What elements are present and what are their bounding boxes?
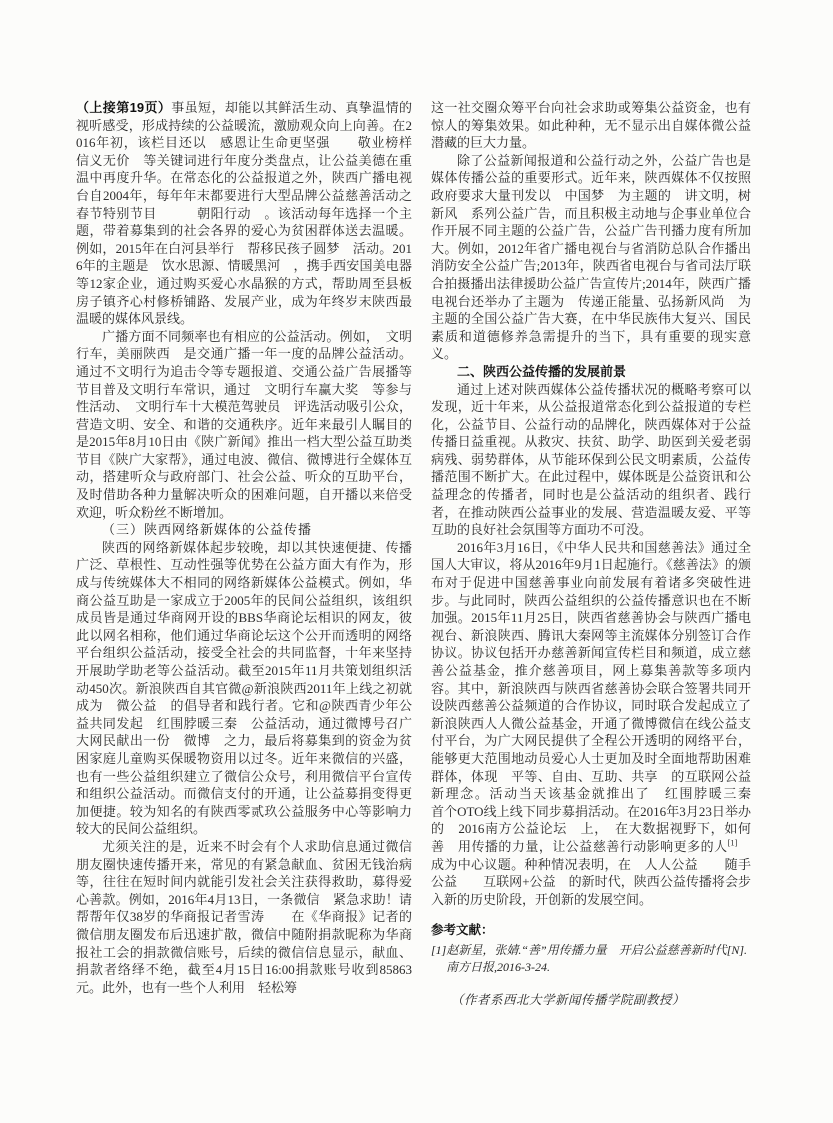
paragraph: 尤须关注的是，近来不时会有个人求助信息通过微信朋友圈快速传播开来，常见的有紧急献… (76, 838, 412, 996)
text-run: 除了公益新闻报道和公益行动之外，公益广告也是媒体传播公益的重要形式。近年来，陕西… (431, 153, 751, 362)
paragraph: 通过上述对陕西媒体公益传播状况的概略考察可以发现，近十年来，从公益报道常态化到公… (431, 381, 751, 539)
text-run: 二、陕西公益传播的发展前景 (457, 364, 626, 379)
text-run: 2016年3月16日，《中华人民共和国慈善法》通过全国人大审议，将从2016年9… (431, 540, 777, 854)
text-run: （作者系西北大学新闻传播学院副教授） (451, 993, 685, 1007)
text-run: 这一社交圈众筹平台向社会求助或筹集公益资金，也有惊人的筹集效果。如此种种，无不显… (431, 100, 751, 150)
paragraph-continued: 这一社交圈众筹平台向社会求助或筹集公益资金，也有惊人的筹集效果。如此种种，无不显… (431, 99, 751, 152)
paragraph: 广播方面不同频率也有相应的公益活动。例如， 文明行车，美丽陕西 是交通广播一年一… (76, 328, 412, 522)
text-run: 通过上述对陕西媒体公益传播状况的概略考察可以发现，近十年来，从公益报道常态化到公… (431, 382, 751, 538)
two-column-text-block: （上接第19页）事虽短，却能以其鲜活生动、真挚温情的视听感受，形成持续的公益暖流… (76, 99, 751, 1010)
magazine-article-page: （上接第19页）事虽短，却能以其鲜活生动、真挚温情的视听感受，形成持续的公益暖流… (0, 0, 833, 1123)
references-heading: 参考文献： (431, 922, 751, 939)
text-run: 广播方面不同频率也有相应的公益活动。例如， 文明行车，美丽陕西 是交通广播一年一… (76, 329, 412, 520)
left-text-column: （上接第19页）事虽短，却能以其鲜活生动、真挚温情的视听感受，形成持续的公益暖流… (76, 99, 412, 1010)
citation-superscript: [1] (728, 838, 738, 848)
author-note: （作者系西北大学新闻传播学院副教授） (451, 992, 751, 1010)
text-run: （三）陕西网络新媒体的公益传播 (102, 522, 312, 537)
paragraph-continued: （上接第19页）事虽短，却能以其鲜活生动、真挚温情的视听感受，形成持续的公益暖流… (76, 99, 412, 328)
text-run: 尤须关注的是，近来不时会有个人求助信息通过微信朋友圈快速传播开来，常见的有紧急献… (76, 839, 412, 995)
text-run: [1]赵新星，张婧.“善”用传播力量 开启公益慈善新时代[N].南方日报,201… (431, 943, 747, 974)
continued-from-note: （上接第19页） (76, 100, 171, 115)
text-run: 参考文献： (431, 923, 494, 937)
right-text-column: 这一社交圈众筹平台向社会求助或筹集公益资金，也有惊人的筹集效果。如此种种，无不显… (431, 99, 751, 1010)
paragraph: 陕西的网络新媒体起步较晚，却以其快速便捷、传播广泛、草根性、互动性强等优势在公益… (76, 539, 412, 838)
text-run: 事虽短，却能以其鲜活生动、真挚温情的视听感受，形成持续的公益暖流，激励观众向上向… (76, 100, 438, 326)
subsection-heading: （三）陕西网络新媒体的公益传播 (76, 521, 412, 539)
paragraph: 除了公益新闻报道和公益行动之外，公益广告也是媒体传播公益的重要形式。近年来，陕西… (431, 152, 751, 363)
section-heading: 二、陕西公益传播的发展前景 (431, 363, 751, 381)
reference-entry: [1]赵新星，张婧.“善”用传播力量 开启公益慈善新时代[N].南方日报,201… (431, 942, 751, 975)
paragraph: 2016年3月16日，《中华人民共和国慈善法》通过全国人大审议，将从2016年9… (431, 539, 751, 908)
text-run: 陕西的网络新媒体起步较晚，却以其快速便捷、传播广泛、草根性、互动性强等优势在公益… (76, 540, 412, 837)
